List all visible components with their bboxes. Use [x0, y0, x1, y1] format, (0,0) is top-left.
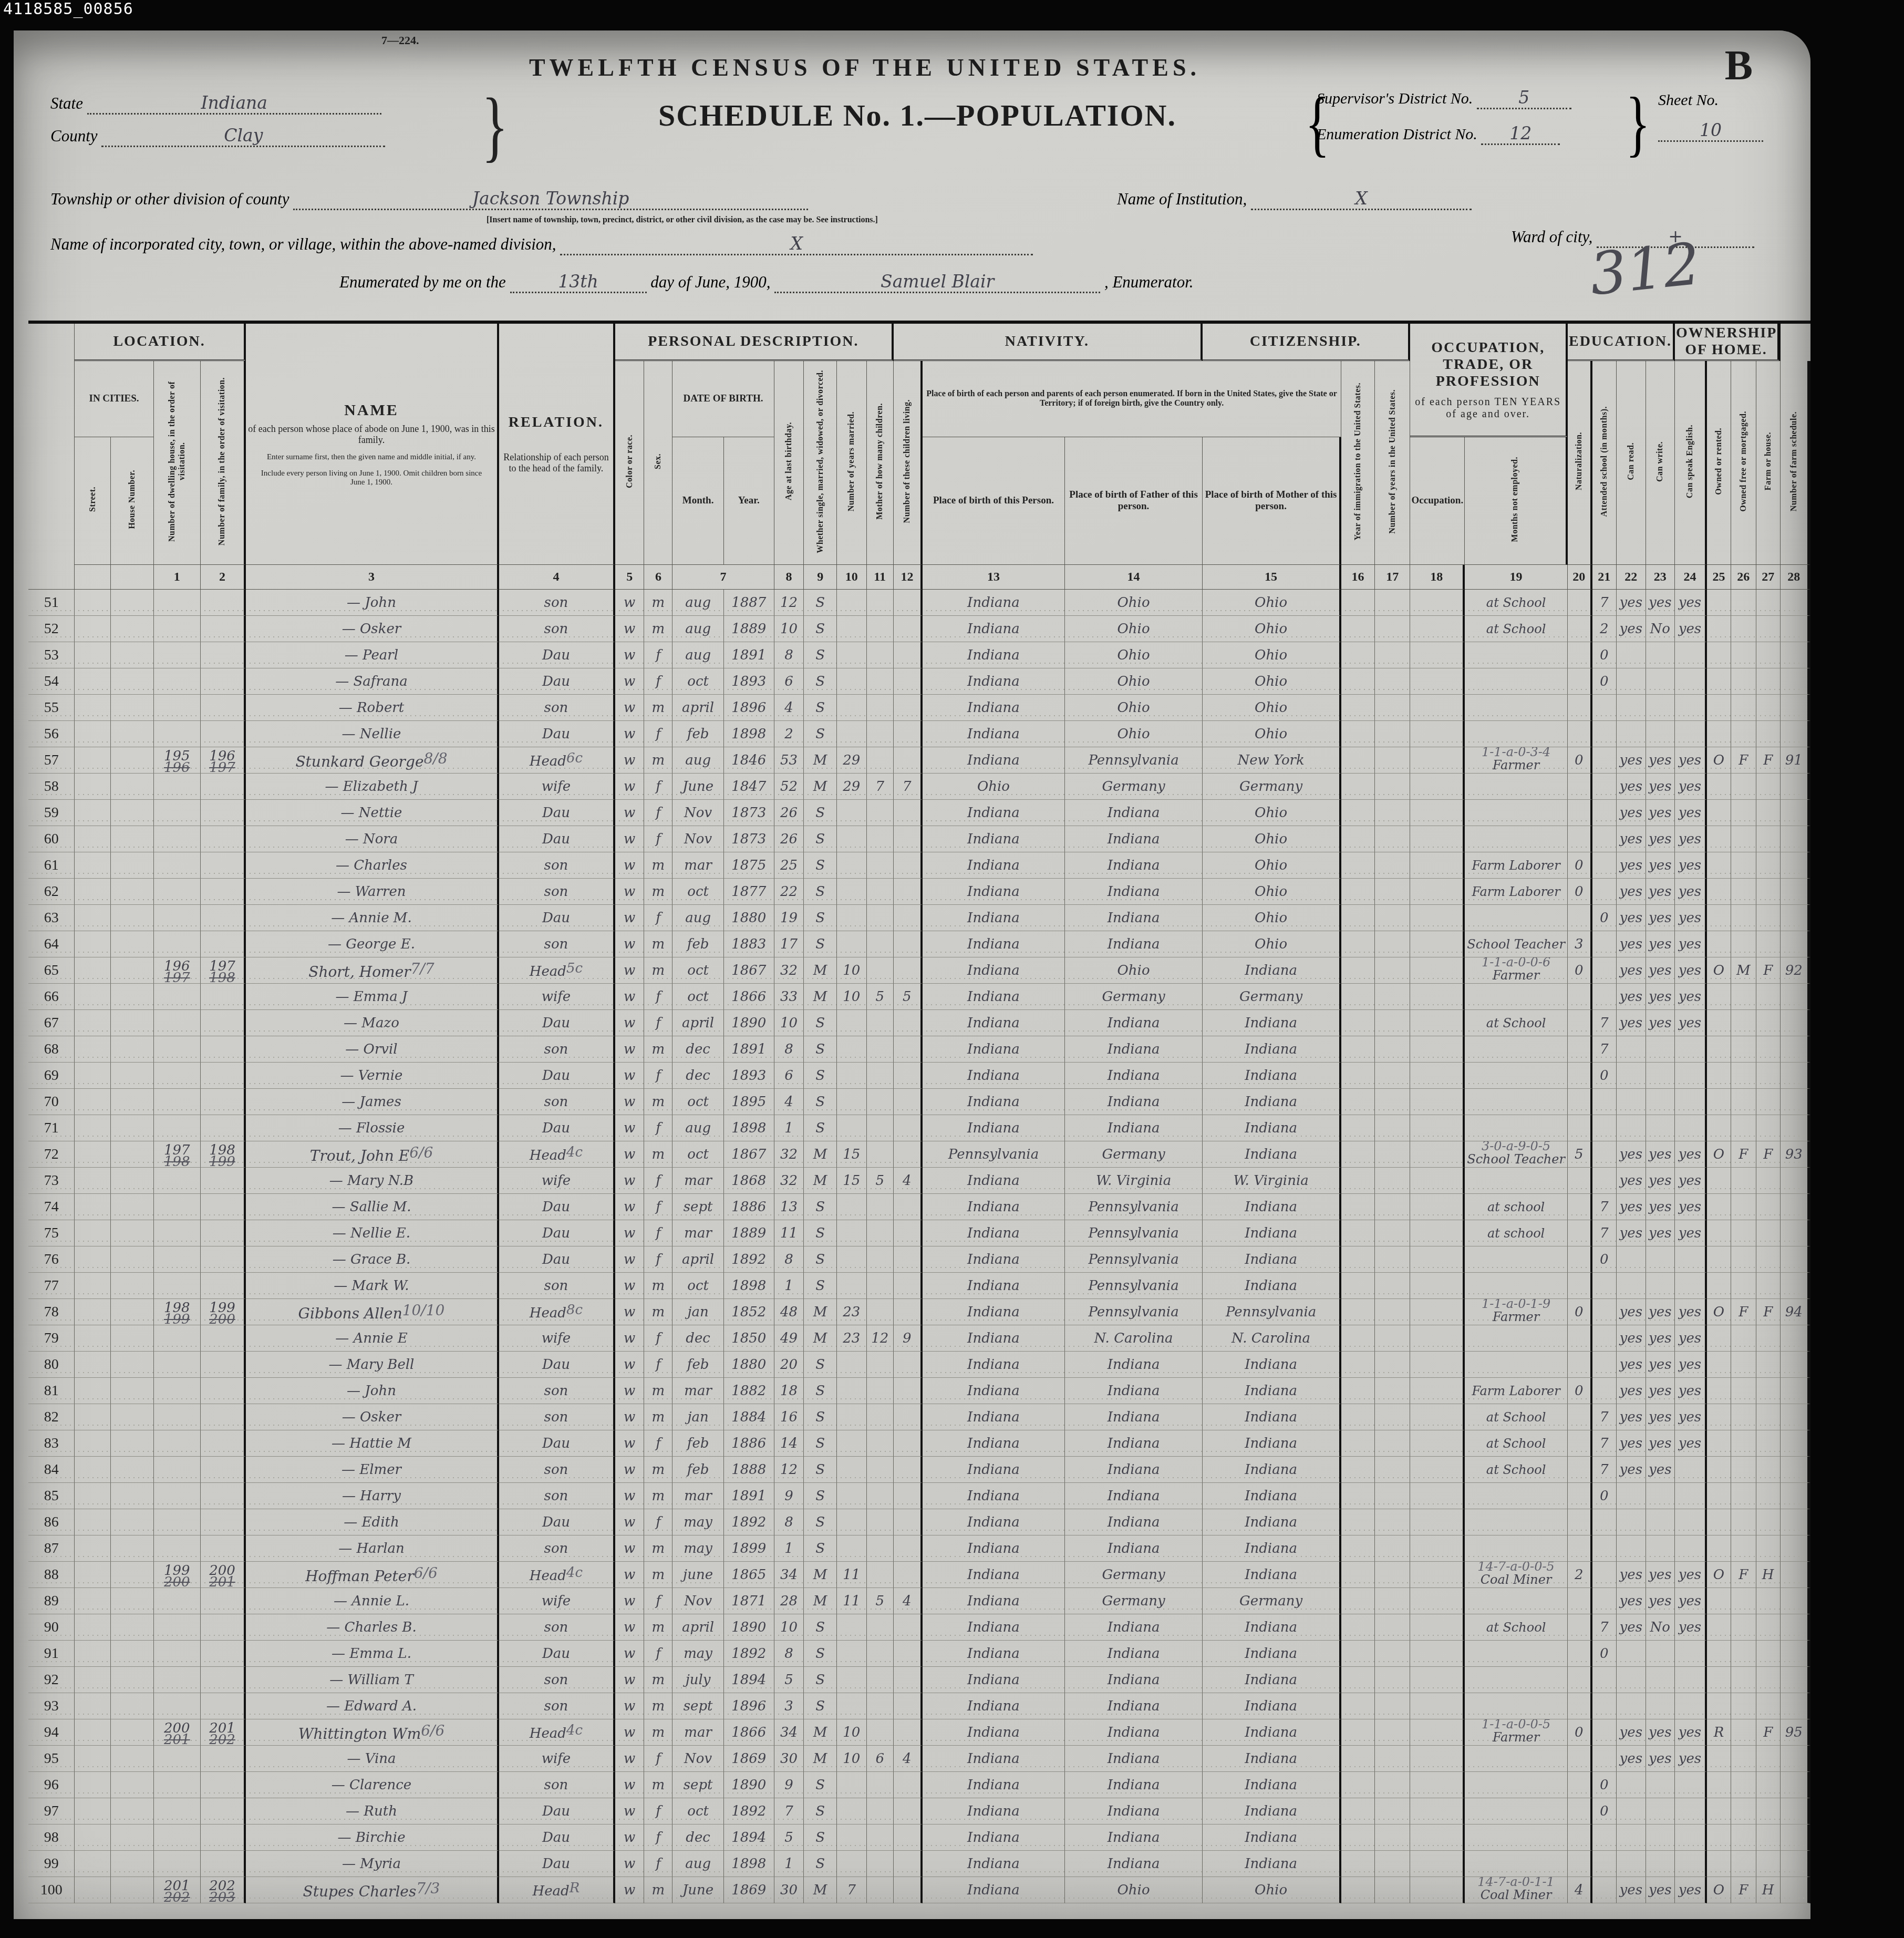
- cell-fam: [201, 852, 246, 879]
- cell-cd: S: [804, 1194, 837, 1220]
- cell-wr: [1646, 1641, 1675, 1667]
- row-number: 100: [28, 1877, 75, 1903]
- sheet-label: Sheet No.: [1658, 91, 1763, 109]
- cell-im: [1341, 695, 1375, 721]
- district-block: Supervisor's District No. 5 Enumeration …: [1317, 87, 1571, 145]
- cell-mo: may: [672, 1509, 723, 1535]
- cell-yu: [1375, 1641, 1411, 1667]
- cell-wr: yes: [1646, 826, 1675, 852]
- cell-pf: Pennsylvania: [1065, 1194, 1203, 1220]
- col-num: 7: [672, 565, 774, 590]
- cell-rel: son: [499, 852, 615, 879]
- cell-mu: [1568, 1772, 1592, 1798]
- cell-im: [1341, 1824, 1375, 1851]
- cell-ns: [1781, 1457, 1810, 1483]
- cell-rel: Dau: [499, 1641, 615, 1667]
- cell-sc: 0: [1592, 642, 1617, 668]
- cell-pf: Indiana: [1065, 1614, 1203, 1641]
- cell-pf: Indiana: [1065, 1667, 1203, 1693]
- cell-cd: S: [804, 800, 837, 826]
- cell-rd: yes: [1617, 984, 1646, 1010]
- cell-rel: wife: [499, 1746, 615, 1772]
- cell-cd: M: [804, 984, 837, 1010]
- cell-cl: [894, 1246, 923, 1273]
- cell-age: 18: [774, 1378, 804, 1404]
- cell-cl: [894, 1562, 923, 1588]
- cell-pf: Ohio: [1065, 616, 1203, 642]
- cell-dw: [154, 905, 201, 931]
- cell-dw: [154, 1194, 201, 1220]
- cell-s: f: [644, 1352, 672, 1378]
- cell-oc: at school: [1465, 1194, 1568, 1220]
- cell-sp: [1675, 1667, 1707, 1693]
- cell-house: [111, 1535, 154, 1562]
- row-number: 52: [28, 616, 75, 642]
- cell-cl: [894, 1457, 923, 1483]
- cell-im: [1341, 957, 1375, 984]
- cell-im: [1341, 1535, 1375, 1562]
- cell-yu: [1375, 1325, 1411, 1352]
- cell-pm: Indiana: [1203, 1063, 1341, 1089]
- cell-c: w: [615, 1772, 645, 1798]
- cell-im: [1341, 1194, 1375, 1220]
- cell-fh: [1756, 1010, 1781, 1036]
- cell-yr: 1896: [724, 695, 774, 721]
- cell-mo: feb: [672, 1352, 723, 1378]
- cell-pb: Indiana: [923, 1614, 1065, 1641]
- cell-house: [111, 1036, 154, 1063]
- cell-age: 26: [774, 800, 804, 826]
- cell-yu: [1375, 1063, 1411, 1089]
- cell-sp: [1675, 1851, 1707, 1877]
- cell-oc: at School: [1465, 1010, 1568, 1036]
- institution-value: X: [1251, 188, 1472, 210]
- cell-mc: [867, 1483, 894, 1509]
- cell-fm: [1731, 1457, 1756, 1483]
- enumerator-value: Samuel Blair: [774, 271, 1100, 293]
- cell-cl: [894, 1693, 923, 1719]
- cell-ow: [1707, 1614, 1731, 1641]
- cell-ns: [1781, 1772, 1810, 1798]
- cell-rel: wife: [499, 1325, 615, 1352]
- cell-dw: [154, 1168, 201, 1194]
- cell-sc: [1592, 1746, 1617, 1772]
- cell-age: 11: [774, 1220, 804, 1246]
- cell-im: [1341, 1168, 1375, 1194]
- cell-mu: [1568, 1588, 1592, 1614]
- cell-sp: yes: [1675, 1325, 1707, 1352]
- col-years-married: Number of years married.: [837, 361, 867, 565]
- cell-fm: [1731, 1089, 1756, 1115]
- cell-c: w: [615, 1063, 645, 1089]
- occupation-group-sub: of each person TEN YEARS of age and over…: [1411, 396, 1564, 420]
- cell-mo: oct: [672, 1089, 723, 1115]
- cell-mu: 2: [1568, 1562, 1592, 1588]
- township-line: Township or other division of county Jac…: [50, 188, 808, 210]
- cell-street: [75, 590, 111, 616]
- cell-sp: yes: [1675, 931, 1707, 957]
- cell-fm: [1731, 1588, 1756, 1614]
- cell-rel: Dau: [499, 642, 615, 668]
- cell-pb: Indiana: [923, 1273, 1065, 1299]
- cell-fh: [1756, 1483, 1781, 1509]
- cell-fam: [201, 826, 246, 852]
- cell-pb: Indiana: [923, 879, 1065, 905]
- col-num: 23: [1646, 565, 1675, 590]
- cell-dw: [154, 1273, 201, 1299]
- cell-sc: 7: [1592, 1194, 1617, 1220]
- cell-oc: at School: [1465, 616, 1568, 642]
- cell-age: 22: [774, 879, 804, 905]
- cell-pf: Ohio: [1065, 695, 1203, 721]
- cell-mc: [867, 957, 894, 984]
- cell-house: [111, 1404, 154, 1430]
- cell-yr: 1898: [724, 1115, 774, 1141]
- cell-fh: [1756, 1851, 1781, 1877]
- cell-oc: at School: [1465, 590, 1568, 616]
- cell-pf: Pennsylvania: [1065, 747, 1203, 774]
- cell-wr: yes: [1646, 1325, 1675, 1352]
- cell-age: 7: [774, 1798, 804, 1824]
- cell-mc: [867, 1010, 894, 1036]
- row-number: 92: [28, 1667, 75, 1693]
- cell-s: f: [644, 1509, 672, 1535]
- cell-cd: S: [804, 590, 837, 616]
- cell-oc: [1465, 1483, 1568, 1509]
- cell-im: [1341, 1089, 1375, 1115]
- cell-ow: [1707, 1325, 1731, 1352]
- cell-rel: Head8c: [499, 1299, 615, 1325]
- cell-mu: [1568, 800, 1592, 826]
- cell-wr: [1646, 1115, 1675, 1141]
- cell-rel: Dau: [499, 1851, 615, 1877]
- cell-yr: 1898: [724, 1273, 774, 1299]
- cell-mu: [1568, 1667, 1592, 1693]
- cell-sc: [1592, 1535, 1617, 1562]
- cell-cl: [894, 1063, 923, 1089]
- cell-age: 8: [774, 1509, 804, 1535]
- cell-yr: 1880: [724, 1352, 774, 1378]
- cell-pm: Germany: [1203, 984, 1341, 1010]
- cell-mo: oct: [672, 957, 723, 984]
- attended-school-label: Attended school (in months).: [1599, 406, 1609, 517]
- cell-pb: Indiana: [923, 826, 1065, 852]
- cell-nm: — Annie E: [246, 1325, 499, 1352]
- cell-cd: S: [804, 852, 837, 879]
- cell-pb: Indiana: [923, 1719, 1065, 1746]
- cell-dw: [154, 1010, 201, 1036]
- cell-dw: [154, 1115, 201, 1141]
- cell-sc: [1592, 1824, 1617, 1851]
- col-num: 25: [1707, 565, 1731, 590]
- cell-mu: [1568, 590, 1592, 616]
- cell-fam: [201, 1798, 246, 1824]
- cell-sp: yes: [1675, 1010, 1707, 1036]
- col-num: 15: [1203, 565, 1341, 590]
- cell-pb: Indiana: [923, 1194, 1065, 1220]
- cell-ym: [837, 1535, 867, 1562]
- table-row: 71— FlossieDauwfaug18981SIndianaIndianaI…: [28, 1115, 1810, 1141]
- cell-fm: [1731, 1352, 1756, 1378]
- cell-rel: Dau: [499, 1115, 615, 1141]
- cell-wr: [1646, 1246, 1675, 1273]
- cell-age: 32: [774, 1168, 804, 1194]
- cell-fm: [1731, 1746, 1756, 1772]
- cell-ym: [837, 1772, 867, 1798]
- cell-oc: [1465, 1693, 1568, 1719]
- cell-rd: yes: [1617, 1588, 1646, 1614]
- nativity-note: Place of birth of each person and parent…: [923, 361, 1341, 437]
- cell-fam: [201, 1693, 246, 1719]
- table-row: 56— NellieDauwffeb18982SIndianaOhioOhio: [28, 721, 1810, 747]
- cell-nm: Hoffman Peter6/6: [246, 1562, 499, 1588]
- cell-im: [1341, 800, 1375, 826]
- cell-c: w: [615, 1378, 645, 1404]
- cell-ow: [1707, 1194, 1731, 1220]
- cell-nm: — Mary Bell: [246, 1352, 499, 1378]
- cell-cd: S: [804, 931, 837, 957]
- cell-nm: — Safrana: [246, 668, 499, 695]
- cell-fh: [1756, 1693, 1781, 1719]
- cell-fh: F: [1756, 1299, 1781, 1325]
- cell-nm: — Sallie M.: [246, 1194, 499, 1220]
- cell-pm: Indiana: [1203, 1089, 1341, 1115]
- cell-rel: Dau: [499, 1010, 615, 1036]
- cell-yr: 1887: [724, 590, 774, 616]
- cell-im: [1341, 1588, 1375, 1614]
- cell-age: 8: [774, 1246, 804, 1273]
- cell-yu: [1375, 1430, 1411, 1457]
- cell-c: w: [615, 774, 645, 800]
- cell-mu: [1568, 1509, 1592, 1535]
- enumerated-post: , Enumerator.: [1104, 273, 1194, 291]
- cell-dw: [154, 1746, 201, 1772]
- cell-fam: [201, 1115, 246, 1141]
- cell-s: f: [644, 826, 672, 852]
- cell-ns: [1781, 774, 1810, 800]
- cell-s: m: [644, 1404, 672, 1430]
- cell-im: [1341, 1483, 1375, 1509]
- cell-yu: [1375, 1010, 1411, 1036]
- cell-c: w: [615, 1194, 645, 1220]
- cell-rel: son: [499, 879, 615, 905]
- cell-yu: [1375, 1036, 1411, 1063]
- cell-s: f: [644, 1746, 672, 1772]
- years-married-label: Number of years married.: [846, 411, 856, 511]
- cell-na: [1410, 1220, 1465, 1246]
- cell-street: [75, 1010, 111, 1036]
- cell-age: 32: [774, 1141, 804, 1168]
- cell-rel: Dau: [499, 721, 615, 747]
- cell-pm: Ohio: [1203, 800, 1341, 826]
- cell-fh: [1756, 800, 1781, 826]
- cell-ow: [1707, 800, 1731, 826]
- col-num: 8: [774, 565, 804, 590]
- cell-nm: Whittington Wm6/6: [246, 1719, 499, 1746]
- cell-sp: [1675, 1641, 1707, 1667]
- cell-cd: S: [804, 879, 837, 905]
- city-line: Name of incorporated city, town, or vill…: [50, 233, 1033, 255]
- sex-label: Sex.: [653, 453, 663, 469]
- table-row: 75— Nellie E.Dauwfmar188911SIndianaPenns…: [28, 1220, 1810, 1246]
- cell-na: [1410, 1667, 1465, 1693]
- cell-cl: [894, 668, 923, 695]
- row-number: 86: [28, 1509, 75, 1535]
- row-number: 87: [28, 1535, 75, 1562]
- cell-age: 30: [774, 1877, 804, 1903]
- cell-im: [1341, 1404, 1375, 1430]
- cell-age: 4: [774, 695, 804, 721]
- cell-ns: [1781, 1089, 1810, 1115]
- cell-na: [1410, 1772, 1465, 1798]
- cell-s: f: [644, 1641, 672, 1667]
- cell-mo: oct: [672, 1141, 723, 1168]
- cell-s: m: [644, 590, 672, 616]
- cell-c: w: [615, 1115, 645, 1141]
- cell-im: [1341, 774, 1375, 800]
- cell-im: [1341, 1562, 1375, 1588]
- cell-fm: [1731, 590, 1756, 616]
- cell-yr: 1877: [724, 879, 774, 905]
- cell-pb: Ohio: [923, 774, 1065, 800]
- cell-na: [1410, 1246, 1465, 1273]
- table-header: LOCATION. NAME of each person whose plac…: [28, 324, 1810, 590]
- cell-age: 30: [774, 1746, 804, 1772]
- cell-yu: [1375, 1457, 1411, 1483]
- cell-dw: [154, 1483, 201, 1509]
- cell-fam: [201, 1535, 246, 1562]
- enumerated-mid: day of June, 1900,: [650, 273, 770, 291]
- cell-fh: [1756, 642, 1781, 668]
- cell-ow: [1707, 1010, 1731, 1036]
- cell-oc: [1465, 1772, 1568, 1798]
- cell-nm: — Nora: [246, 826, 499, 852]
- cell-sc: [1592, 1168, 1617, 1194]
- cell-mu: [1568, 1115, 1592, 1141]
- cell-ow: [1707, 590, 1731, 616]
- cell-mc: [867, 800, 894, 826]
- cell-dw: [154, 800, 201, 826]
- cell-ym: 15: [837, 1168, 867, 1194]
- form-number: 7—224.: [381, 34, 419, 47]
- cell-pf: Indiana: [1065, 931, 1203, 957]
- cell-cd: S: [804, 668, 837, 695]
- cell-fh: [1756, 1772, 1781, 1798]
- cell-sc: [1592, 800, 1617, 826]
- table-row: 66— Emma Jwifewfoct186633M1055IndianaGer…: [28, 984, 1810, 1010]
- cell-mu: 0: [1568, 1299, 1592, 1325]
- table-row: 87— Harlansonwmmay18991SIndianaIndianaIn…: [28, 1535, 1810, 1562]
- cell-nm: — Emma J: [246, 984, 499, 1010]
- cell-na: [1410, 1641, 1465, 1667]
- cell-street: [75, 1457, 111, 1483]
- col-num: 17: [1375, 565, 1411, 590]
- cell-rel: HeadR: [499, 1877, 615, 1903]
- table-row: 52— Oskersonwmaug188910SIndianaOhioOhioa…: [28, 616, 1810, 642]
- cell-im: [1341, 1141, 1375, 1168]
- cell-rd: [1617, 1036, 1646, 1063]
- cell-mu: [1568, 1325, 1592, 1352]
- cell-pf: Indiana: [1065, 826, 1203, 852]
- cell-fm: [1731, 1115, 1756, 1141]
- cell-cd: M: [804, 1325, 837, 1352]
- row-number: 61: [28, 852, 75, 879]
- cell-street: [75, 984, 111, 1010]
- cell-sc: 7: [1592, 1036, 1617, 1063]
- cell-ym: [837, 1220, 867, 1246]
- col-condition: Whether single, married, widowed, or div…: [804, 361, 837, 565]
- cell-fh: H: [1756, 1562, 1781, 1588]
- cell-c: w: [615, 931, 645, 957]
- cell-rd: [1617, 1798, 1646, 1824]
- cell-cl: [894, 905, 923, 931]
- cell-pf: Indiana: [1065, 1535, 1203, 1562]
- cell-mc: 7: [867, 774, 894, 800]
- cell-pb: Indiana: [923, 931, 1065, 957]
- cell-cd: S: [804, 1851, 837, 1877]
- cell-house: [111, 1430, 154, 1457]
- cell-dw: [154, 1325, 201, 1352]
- cell-pb: Indiana: [923, 1457, 1065, 1483]
- cell-yr: 1898: [724, 1851, 774, 1877]
- cell-fh: [1756, 931, 1781, 957]
- cell-im: [1341, 616, 1375, 642]
- cell-age: 16: [774, 1404, 804, 1430]
- cell-age: 12: [774, 590, 804, 616]
- cell-mo: Nov: [672, 1746, 723, 1772]
- col-year: Year.: [724, 437, 774, 565]
- cell-fm: [1731, 1220, 1756, 1246]
- cell-yu: [1375, 826, 1411, 852]
- cell-dw: 200201: [154, 1719, 201, 1746]
- cell-fam: [201, 642, 246, 668]
- cell-pb: Indiana: [923, 1220, 1065, 1246]
- cell-rel: son: [499, 590, 615, 616]
- cell-c: w: [615, 1404, 645, 1430]
- cell-im: [1341, 1246, 1375, 1273]
- group-location: LOCATION.: [75, 324, 246, 361]
- cell-fam: [201, 1851, 246, 1877]
- cell-cd: S: [804, 1457, 837, 1483]
- cell-street: [75, 616, 111, 642]
- cell-street: [75, 1824, 111, 1851]
- cell-house: [111, 800, 154, 826]
- table-row: 83— Hattie MDauwffeb188614SIndianaIndian…: [28, 1430, 1810, 1457]
- cell-wr: yes: [1646, 1404, 1675, 1430]
- cell-ns: [1781, 1325, 1810, 1352]
- cell-wr: [1646, 721, 1675, 747]
- col-owned-rented: Owned or rented.: [1707, 361, 1731, 565]
- cell-nm: — Robert: [246, 695, 499, 721]
- table-row: 69— VernieDauwfdec18936SIndianaIndianaIn…: [28, 1063, 1810, 1089]
- cell-nm: — Charles: [246, 852, 499, 879]
- table-row: 85— Harrysonwmmar18919SIndianaIndianaInd…: [28, 1483, 1810, 1509]
- city-label: Name of incorporated city, town, or vill…: [50, 235, 556, 253]
- cell-ow: [1707, 1273, 1731, 1299]
- cell-sp: [1675, 1824, 1707, 1851]
- table-row: 72197198198199Trout, John E6/6Head4cwmoc…: [28, 1141, 1810, 1168]
- col-num: 10: [837, 565, 867, 590]
- cell-fm: [1731, 1509, 1756, 1535]
- cell-fam: [201, 1614, 246, 1641]
- cell-wr: yes: [1646, 1457, 1675, 1483]
- cell-mc: [867, 852, 894, 879]
- cell-ow: [1707, 668, 1731, 695]
- cell-ym: 10: [837, 984, 867, 1010]
- cell-ym: [837, 826, 867, 852]
- cell-yu: [1375, 1746, 1411, 1772]
- cell-mo: may: [672, 1535, 723, 1562]
